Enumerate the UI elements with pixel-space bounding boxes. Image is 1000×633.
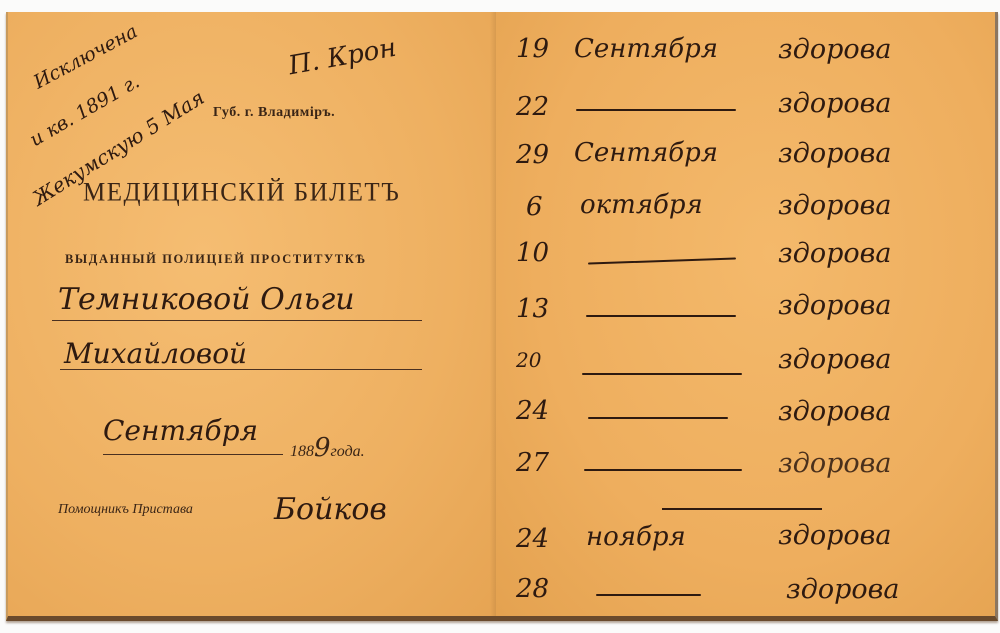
document-title: МЕДИЦИНСКІЙ БИЛЕТЪ [83,178,400,207]
annotation-signature: П. Крон [286,33,398,81]
entry-day: 29 [516,140,549,170]
entry-status: здорова [778,88,891,119]
entry-day: 20 [516,348,541,372]
issue-year-suffix: года. [331,443,365,460]
entry-status: здорова [778,396,891,427]
holder-patronymic: Михайловой [64,337,247,370]
entry-day: 24 [516,524,549,554]
section-divider-stroke [662,508,822,510]
entry-day: 13 [516,294,549,324]
right-page: 19 Сентября здорова 22 здорова 29 Сентяб… [496,12,995,616]
entry-status: здорова [778,520,891,551]
entry-status: здорова [778,448,891,479]
ditto-dash [584,469,742,471]
screenshot-stage: Исключена и кв. 1891 г. Жекумскую 5 Мая … [0,0,1000,633]
date-underline [103,454,283,455]
ditto-dash [588,257,736,264]
entry-status: здорова [778,290,891,321]
ditto-dash [586,315,736,317]
assistant-label: Помощникъ Пристава [58,502,193,518]
entry-day: 22 [516,92,549,122]
entry-day: 19 [516,34,549,64]
entry-day: 6 [526,192,543,222]
ditto-dash [582,373,742,375]
entry-day: 27 [516,448,549,478]
ditto-dash [588,417,728,419]
entry-month: ноября [586,522,686,552]
entry-status: здорова [778,190,891,221]
issue-year: 1889года. [290,433,365,463]
ditto-dash [576,109,736,111]
assistant-signature: Бойков [274,492,387,527]
name-underline-1 [52,320,422,321]
entry-month: Сентября [574,34,718,64]
issue-year-handwritten: 9 [314,433,331,463]
entry-status: здорова [786,574,899,605]
left-page: Исключена и кв. 1891 г. Жекумскую 5 Мая … [8,12,496,616]
document-subtitle: ВЫДАННЫЙ ПОЛИЦІЕЙ ПРОСТИТУТКѢ [65,252,367,267]
holder-name: Темниковой Ольги [58,282,355,317]
entry-month: Сентября [574,138,718,168]
entry-status: здорова [778,34,891,65]
entry-status: здорова [778,238,891,269]
issue-year-printed: 188 [290,443,314,460]
header-location: Губ. г. Владиміръ. [213,105,335,121]
issue-month: Сентября [103,414,258,447]
entry-day: 28 [516,574,549,604]
entry-status: здорова [778,138,891,169]
entry-day: 10 [516,238,549,268]
entry-month: октября [580,190,703,220]
name-underline-2 [60,369,422,370]
medical-ticket-booklet: Исключена и кв. 1891 г. Жекумскую 5 Мая … [6,12,998,621]
entry-status: здорова [778,344,891,375]
ditto-dash [596,594,701,596]
entry-day: 24 [516,396,549,426]
